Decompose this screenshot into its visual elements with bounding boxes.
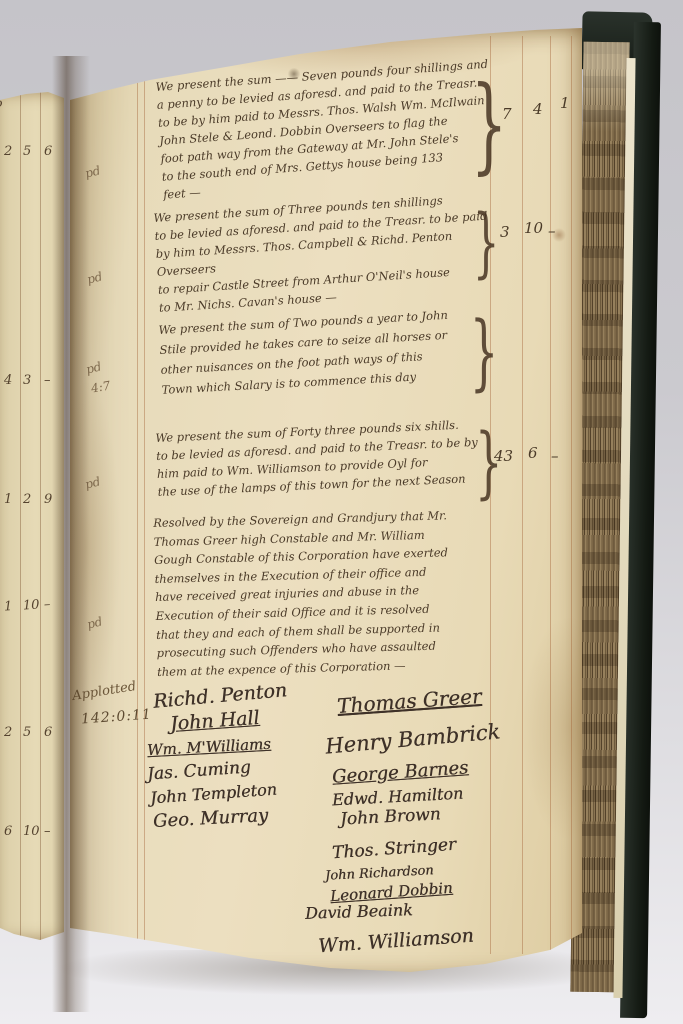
ledger-amount-row: 4 3 –: [0, 373, 64, 389]
ledger-page: pd pd pd 4:7 pd pd Applotted 142:0:11 We…: [70, 28, 582, 980]
money-column-line: [550, 36, 551, 954]
ledger-amount-row: 6 10 –: [0, 824, 64, 840]
entry-text: We present the sum of Forty three pounds…: [155, 414, 506, 501]
entry-brace: }: [473, 204, 500, 280]
entry-brace: }: [470, 312, 499, 394]
signature: Wm. Williamson: [317, 925, 474, 958]
entry-text: We present the sum of Three pounds ten s…: [153, 187, 515, 317]
applotted-label: Applotted: [71, 679, 137, 704]
amount-pounds: 7: [502, 105, 512, 123]
signature: Wm. M'Williams: [147, 735, 272, 759]
margin-paid-mark: pd: [84, 474, 102, 491]
signature: Henry Bambrick: [324, 719, 501, 758]
margin-paid-mark: pd: [86, 269, 104, 286]
ledger-column-line: [20, 92, 21, 940]
signature: John Brown: [340, 804, 442, 829]
signature: John Hall: [169, 707, 260, 735]
applotted-amount: 142:0:11: [81, 707, 153, 728]
signature: Thos. Stringer: [331, 835, 456, 864]
presentment-entry: We present the sum of Two pounds a year …: [158, 303, 496, 400]
presentment-entry: We present the sum —— Seven pounds four …: [155, 54, 513, 204]
margin-rule-line: [137, 36, 138, 954]
entry-text: We present the sum of Two pounds a year …: [158, 303, 496, 400]
presentment-entry: We present the sum of Three pounds ten s…: [153, 187, 515, 317]
ledger-column-line: [40, 92, 41, 940]
margin-paid-note: 4:7: [90, 378, 111, 395]
ledger-amount-partial: 5: [0, 96, 3, 111]
margin-paid-mark: pd: [86, 614, 104, 631]
margin-rule-line: [144, 36, 145, 954]
signature: George Barnes: [331, 757, 469, 787]
amount-shillings: 10: [524, 219, 543, 237]
amount-pounds: 3: [500, 223, 510, 241]
amount-pence: 1: [560, 94, 570, 112]
amount-pence: –: [548, 222, 556, 240]
amount-shillings: 6: [528, 444, 538, 462]
amount-pounds: 43: [494, 447, 513, 465]
signature: David Beaink: [305, 900, 413, 923]
ledger-amount-row: 1 2 9: [0, 492, 64, 508]
ledger-photo: 5 2 5 6 4 3 – 1 2 9 1 10 – 2 5 6 6 10: [0, 0, 683, 1024]
ledger-amount-row: 2 5 6: [0, 144, 64, 160]
signature: Edwd. Hamilton: [332, 784, 464, 810]
signature: Thomas Greer: [336, 684, 482, 718]
amount-pence: –: [551, 447, 559, 465]
presentment-entry: We present the sum of Forty three pounds…: [155, 414, 506, 501]
signature: Jas. Cuming: [146, 757, 251, 784]
entry-text: We present the sum —— Seven pounds four …: [155, 54, 513, 204]
entry-text: Resolved by the Sovereign and Grandjury …: [153, 505, 487, 681]
resolution-entry: Resolved by the Sovereign and Grandjury …: [153, 505, 487, 681]
signature: John Templeton: [149, 780, 277, 808]
ledger-amount-row: 2 5 6: [0, 725, 64, 741]
ledger-amount-row: 1 10 –: [0, 596, 64, 615]
margin-paid-mark: pd: [84, 163, 102, 180]
signature: Richd. Penton: [152, 679, 288, 713]
money-column-line: [522, 36, 523, 954]
entry-brace: }: [471, 72, 507, 176]
previous-page-edge: 5 2 5 6 4 3 – 1 2 9 1 10 – 2 5 6 6 10: [0, 92, 64, 940]
amount-shillings: 4: [533, 100, 543, 118]
signature: Geo. Murray: [153, 805, 269, 832]
margin-paid-mark: pd: [85, 359, 103, 376]
money-column-line: [571, 36, 572, 954]
